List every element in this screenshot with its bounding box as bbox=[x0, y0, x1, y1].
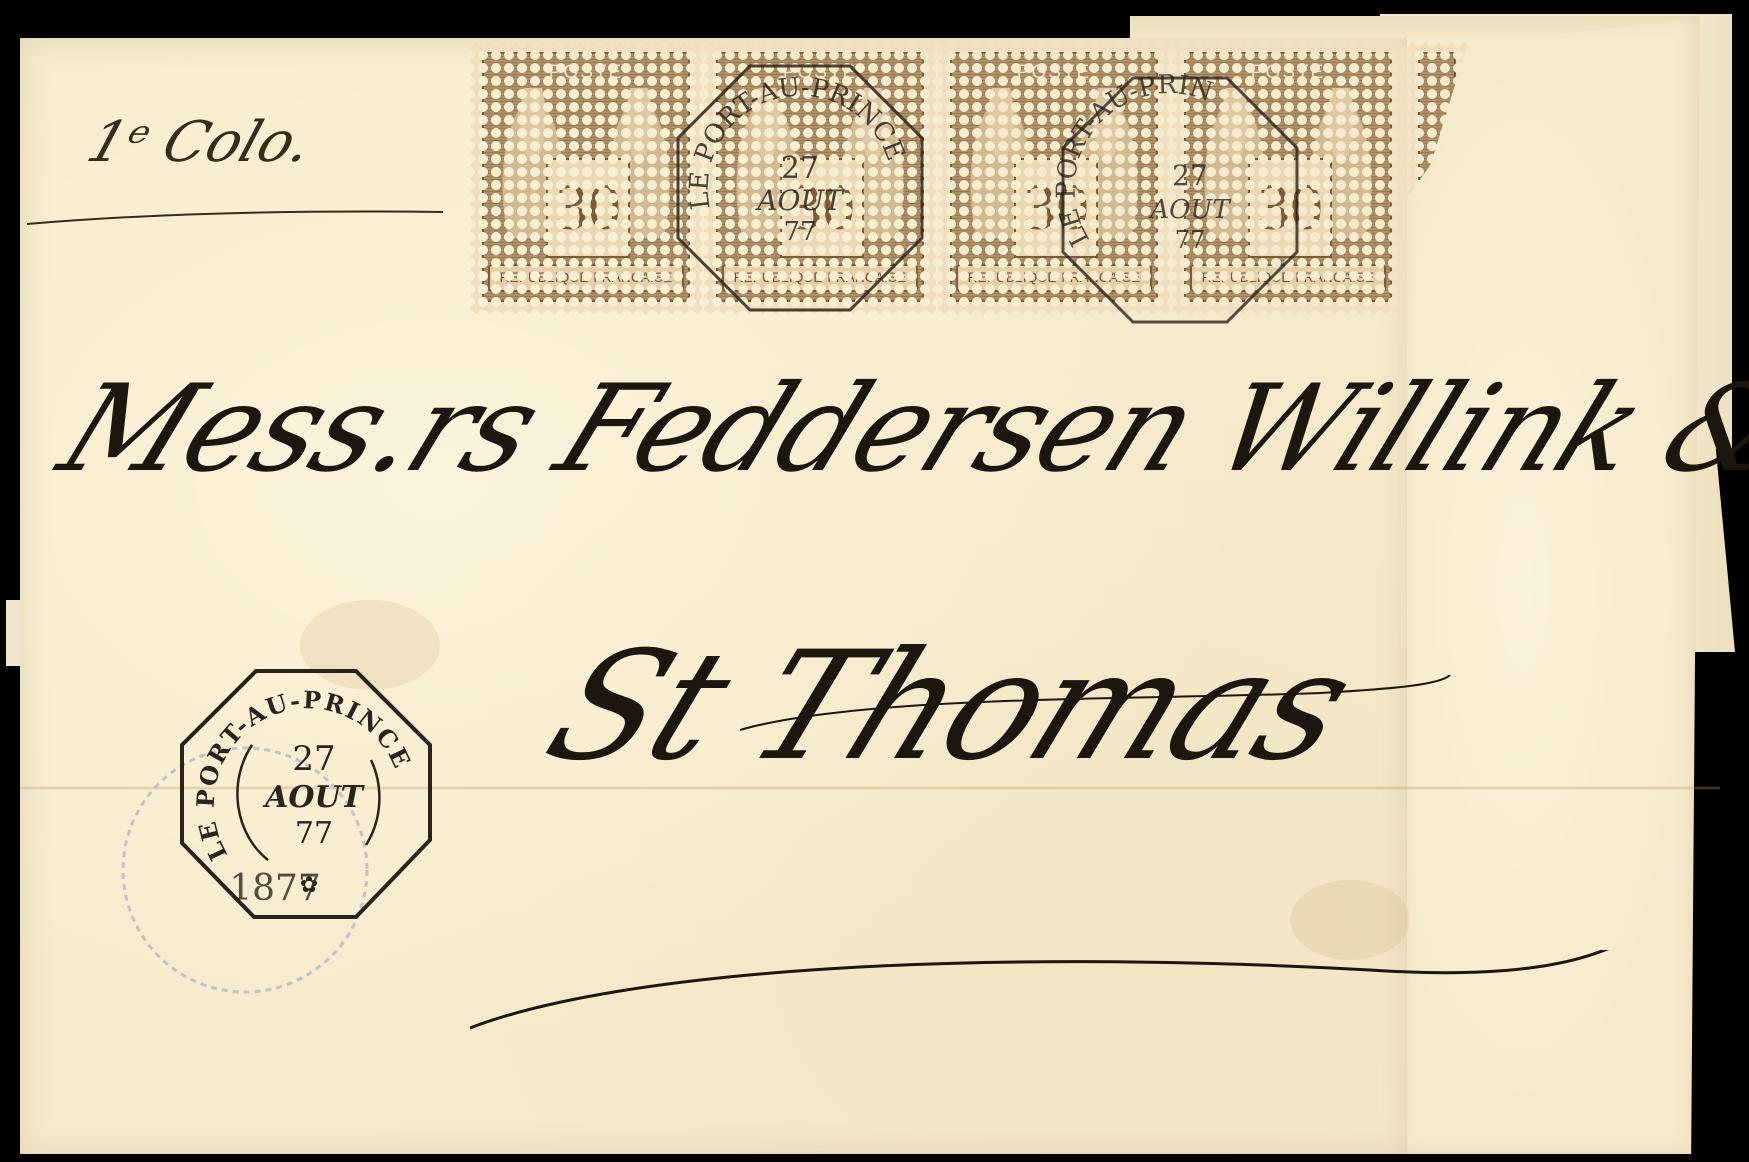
stamp: POSTE 30 ·REPUBLIQUE·FRANCAISE· bbox=[938, 42, 1170, 314]
stamp-country: ·REPUBLIQUE·FRANCAISE· bbox=[722, 264, 918, 292]
paper-stain bbox=[1290, 880, 1410, 960]
stamp-country: ·REPUBLIQUE·FRANCAISE· bbox=[488, 264, 684, 292]
stamp-value: 30 bbox=[546, 158, 630, 258]
paper-stain bbox=[300, 600, 440, 690]
stamp-label: POSTE bbox=[484, 62, 688, 84]
stamp-strip: POSTE 30 ·REPUBLIQUE·FRANCAISE· POSTE 30… bbox=[470, 42, 1460, 314]
stamp-partial bbox=[1406, 42, 1468, 314]
stamp: POSTE 30 ·REPUBLIQUE·FRANCAISE· bbox=[1172, 42, 1404, 314]
stamp-value: 30 bbox=[780, 158, 864, 258]
stamp-value: 30 bbox=[1014, 158, 1098, 258]
stamp-label: POSTE bbox=[1186, 62, 1390, 84]
routing-underline bbox=[25, 208, 445, 228]
stamp-label: POSTE bbox=[718, 62, 922, 84]
address-line-addressee: Mess.rs Feddersen Willink & Co bbox=[42, 360, 1749, 499]
stamp: POSTE 30 ·REPUBLIQUE·FRANCAISE· bbox=[470, 42, 702, 314]
stamp-country: ·REPUBLIQUE·FRANCAISE· bbox=[956, 264, 1152, 292]
stamp-value: 30 bbox=[1248, 158, 1332, 258]
routing-note: 1ᵉ Colo. bbox=[79, 110, 320, 175]
address-flourish-bottom bbox=[470, 950, 1620, 1030]
stamp-country: ·REPUBLIQUE·FRANCAISE· bbox=[1190, 264, 1386, 292]
address-flourish-top bbox=[740, 675, 1460, 735]
stamp-label: POSTE bbox=[952, 62, 1156, 84]
stamp: POSTE 30 ·REPUBLIQUE·FRANCAISE· bbox=[704, 42, 936, 314]
